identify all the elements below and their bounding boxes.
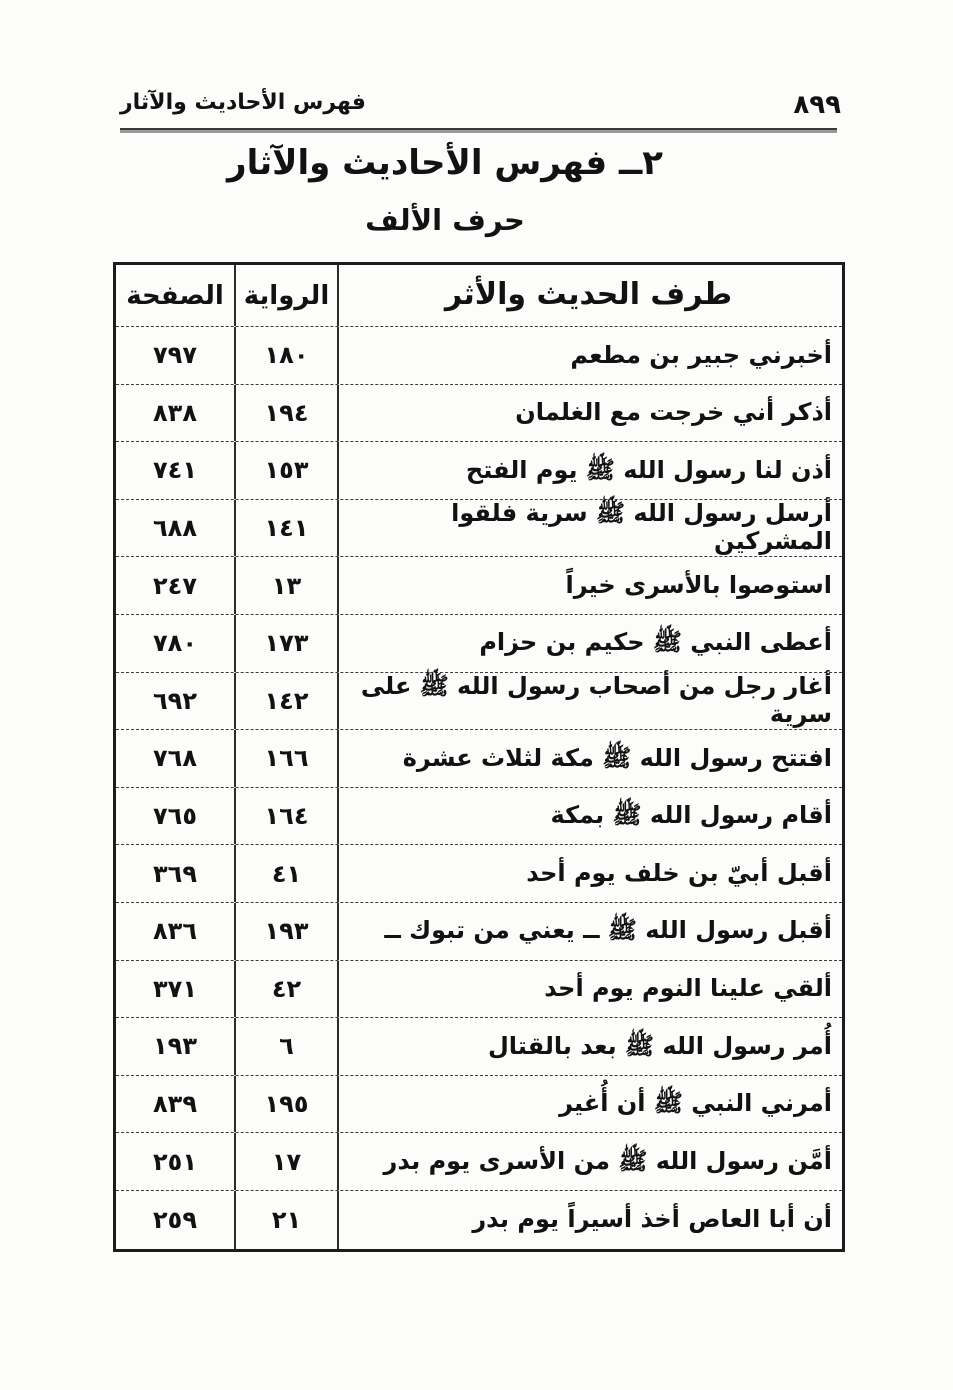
hadith-text-cell: أذكر أني خرجت مع الغلمان [337, 385, 842, 442]
narration-number-cell: ١٦٦ [234, 730, 337, 787]
running-header: فهرس الأحاديث والآثار ٨٩٩ [120, 90, 841, 120]
hadith-text-cell: ألقي علينا النوم يوم أحد [337, 961, 842, 1018]
table-row: أن أبا العاص أخذ أسيراً يوم بدر ٢١ ٢٥٩ [116, 1191, 842, 1249]
hadith-text-cell: افتتح رسول الله ﷺ مكة لثلاث عشرة [337, 730, 842, 787]
narration-number-cell: ١٩٣ [234, 903, 337, 960]
table-row: أذن لنا رسول الله ﷺ يوم الفتح ١٥٣ ٧٤١ [116, 442, 842, 500]
table-row: ألقي علينا النوم يوم أحد ٤٢ ٣٧١ [116, 961, 842, 1019]
page-number-cell: ٧٩٧ [116, 327, 234, 384]
page-number-cell: ٧٨٠ [116, 615, 234, 672]
page-number-cell: ٨٣٨ [116, 385, 234, 442]
hadith-text-cell: أقبل أبيّ بن خلف يوم أحد [337, 845, 842, 902]
hadith-text-cell: أُمر رسول الله ﷺ بعد بالقتال [337, 1018, 842, 1075]
narration-number-cell: ١٨٠ [234, 327, 337, 384]
table-row: أقبل أبيّ بن خلف يوم أحد ٤١ ٣٦٩ [116, 845, 842, 903]
hadith-text-cell: أعطى النبي ﷺ حكيم بن حزام [337, 615, 842, 672]
header-rule [120, 128, 837, 133]
narration-number-cell: ١٣ [234, 557, 337, 614]
page-number-cell: ٧٦٨ [116, 730, 234, 787]
narration-number-cell: ٦ [234, 1018, 337, 1075]
table-row: أُمر رسول الله ﷺ بعد بالقتال ٦ ١٩٣ [116, 1018, 842, 1076]
table-row: أمَّن رسول الله ﷺ من الأسرى يوم بدر ١٧ ٢… [116, 1133, 842, 1191]
page-number: ٨٩٩ [793, 90, 841, 120]
table-row: أمرني النبي ﷺ أن أُغير ١٩٥ ٨٣٩ [116, 1076, 842, 1134]
table-header-row: طرف الحديث والأثر الرواية الصفحة [116, 265, 842, 327]
table-body: أخبرني جبير بن مطعم ١٨٠ ٧٩٧ أذكر أني خرج… [116, 327, 842, 1249]
hadith-text-cell: أقبل رسول الله ﷺ ــ يعني من تبوك ــ [337, 903, 842, 960]
section-title: ٢ــ فهرس الأحاديث والآثار [0, 143, 890, 183]
narration-number-cell: ١٩٤ [234, 385, 337, 442]
running-header-title: فهرس الأحاديث والآثار [120, 90, 366, 115]
header-hadith-column: طرف الحديث والأثر [337, 265, 842, 326]
hadith-text-cell: أغار رجل من أصحاب رسول الله ﷺ على سرية [337, 673, 842, 730]
scanned-book-page: فهرس الأحاديث والآثار ٨٩٩ ٢ــ فهرس الأحا… [0, 0, 953, 1390]
narration-number-cell: ١٧٣ [234, 615, 337, 672]
narration-number-cell: ١٤١ [234, 500, 337, 557]
narration-number-cell: ١٥٣ [234, 442, 337, 499]
narration-number-cell: ٤١ [234, 845, 337, 902]
table-row: أذكر أني خرجت مع الغلمان ١٩٤ ٨٣٨ [116, 385, 842, 443]
narration-number-cell: ٤٢ [234, 961, 337, 1018]
hadith-text-cell: أمَّن رسول الله ﷺ من الأسرى يوم بدر [337, 1133, 842, 1190]
hadith-text-cell: أن أبا العاص أخذ أسيراً يوم بدر [337, 1191, 842, 1249]
page-number-cell: ١٩٣ [116, 1018, 234, 1075]
header-page-column: الصفحة [116, 265, 234, 326]
page-number-cell: ٣٧١ [116, 961, 234, 1018]
narration-number-cell: ١٩٥ [234, 1076, 337, 1133]
hadith-text-cell: أذن لنا رسول الله ﷺ يوم الفتح [337, 442, 842, 499]
narration-number-cell: ١٦٤ [234, 788, 337, 845]
narration-number-cell: ١٧ [234, 1133, 337, 1190]
table-row: أقبل رسول الله ﷺ ــ يعني من تبوك ــ ١٩٣ … [116, 903, 842, 961]
table-row: افتتح رسول الله ﷺ مكة لثلاث عشرة ١٦٦ ٧٦٨ [116, 730, 842, 788]
page-number-cell: ٢٥٩ [116, 1191, 234, 1249]
table-row: أقام رسول الله ﷺ بمكة ١٦٤ ٧٦٥ [116, 788, 842, 846]
hadith-text-cell: أخبرني جبير بن مطعم [337, 327, 842, 384]
letter-heading: حرف الألف [0, 203, 890, 237]
narration-number-cell: ١٤٢ [234, 673, 337, 730]
page-number-cell: ٣٦٩ [116, 845, 234, 902]
hadith-text-cell: أرسل رسول الله ﷺ سرية فلقوا المشركين [337, 500, 842, 557]
page-number-cell: ٨٣٩ [116, 1076, 234, 1133]
header-narration-column: الرواية [234, 265, 337, 326]
hadith-index-table: طرف الحديث والأثر الرواية الصفحة أخبرني … [113, 262, 845, 1252]
table-row: أغار رجل من أصحاب رسول الله ﷺ على سرية ١… [116, 673, 842, 731]
page-number-cell: ٧٤١ [116, 442, 234, 499]
narration-number-cell: ٢١ [234, 1191, 337, 1249]
hadith-text-cell: استوصوا بالأسرى خيراً [337, 557, 842, 614]
hadith-text-cell: أمرني النبي ﷺ أن أُغير [337, 1076, 842, 1133]
page-number-cell: ٢٥١ [116, 1133, 234, 1190]
page-number-cell: ٧٦٥ [116, 788, 234, 845]
table-row: أرسل رسول الله ﷺ سرية فلقوا المشركين ١٤١… [116, 500, 842, 558]
table-row: أخبرني جبير بن مطعم ١٨٠ ٧٩٧ [116, 327, 842, 385]
table-row: استوصوا بالأسرى خيراً ١٣ ٢٤٧ [116, 557, 842, 615]
table-row: أعطى النبي ﷺ حكيم بن حزام ١٧٣ ٧٨٠ [116, 615, 842, 673]
page-number-cell: ٨٣٦ [116, 903, 234, 960]
page-number-cell: ٦٨٨ [116, 500, 234, 557]
page-number-cell: ٢٤٧ [116, 557, 234, 614]
page-number-cell: ٦٩٢ [116, 673, 234, 730]
hadith-text-cell: أقام رسول الله ﷺ بمكة [337, 788, 842, 845]
